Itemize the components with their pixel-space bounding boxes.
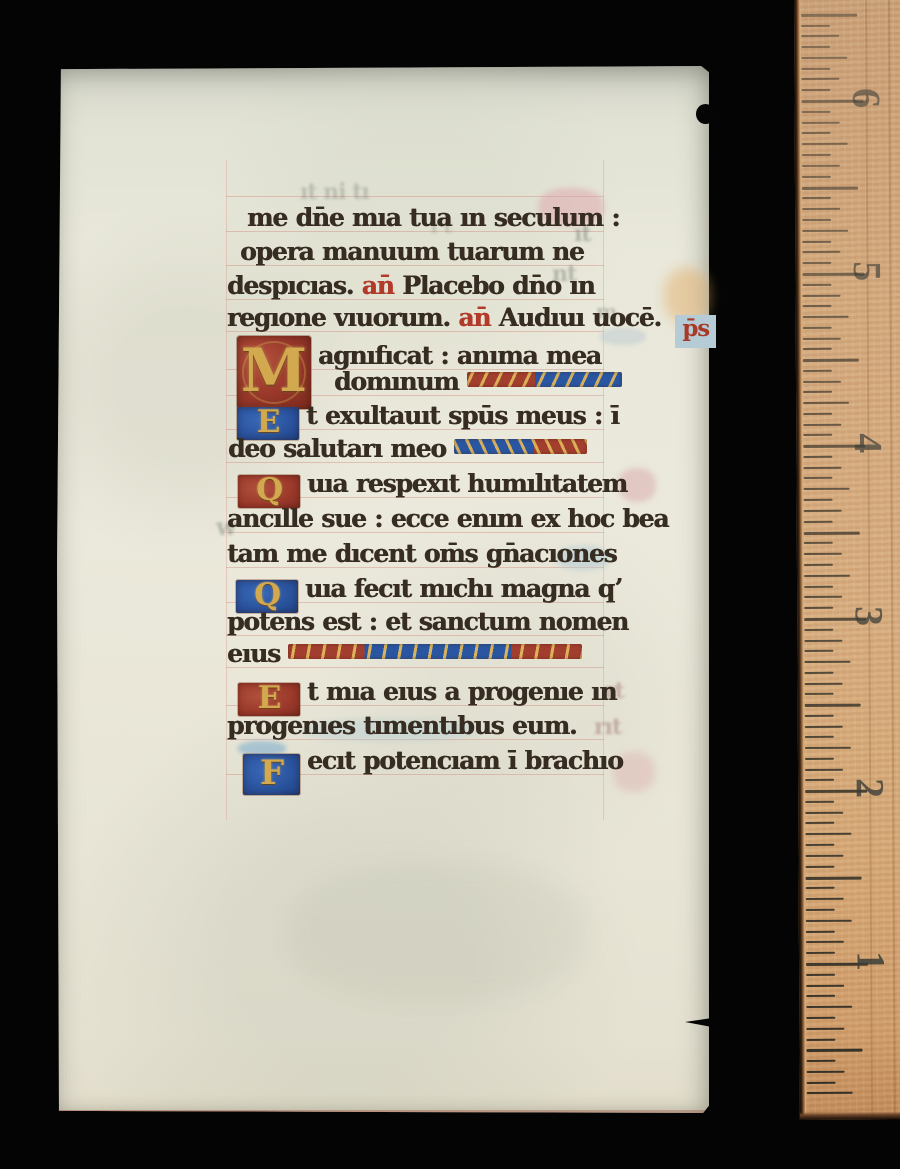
ruler-tick [805, 833, 851, 835]
ruler-tick [803, 337, 841, 339]
ruler-tick [806, 930, 835, 932]
ruler-tick [805, 747, 851, 749]
ruler-tick [806, 1006, 852, 1008]
ruler-tick [803, 327, 832, 329]
manuscript-line: domınum [334, 367, 622, 397]
ruler-tick [806, 865, 835, 867]
line-filler [288, 644, 582, 659]
ruler-tick [805, 672, 834, 674]
ruler-inch-number: 3 [846, 596, 893, 636]
wooden-ruler: 654321 [794, 0, 900, 1120]
ruler-tick [805, 822, 834, 824]
ruler-tick [805, 725, 843, 727]
ruler-tick [806, 984, 844, 986]
manuscript-line: tam me dıcent om̄s gn̄acıones [227, 539, 616, 569]
rubric-text: an̄ [362, 271, 402, 300]
ruler-tick [806, 1049, 862, 1052]
ruler-inch-number: 5 [844, 251, 891, 291]
ruler-tick [802, 240, 831, 242]
line-filler [454, 439, 587, 454]
ruler-tick [803, 391, 832, 393]
ruler-tick [804, 661, 850, 663]
ruler-tick [803, 380, 841, 382]
ruler-tick [803, 370, 832, 372]
illuminated-initial-f: F [243, 754, 300, 795]
manuscript-line: Et exultauıt spūs meus : ī [237, 401, 619, 431]
ruler-tick [806, 876, 862, 879]
ruler-tick [801, 78, 839, 80]
ruler-tick [806, 1027, 844, 1029]
latin-text: ecıt potencıam ī brachıo [307, 746, 623, 775]
ruler-tick [804, 629, 833, 631]
ruler-tick [805, 844, 834, 846]
ruler-tick [802, 165, 840, 167]
ruler-tick [804, 564, 833, 566]
ruler-tick [803, 466, 841, 468]
ruler-tick [802, 219, 831, 221]
ruler-tick [802, 251, 840, 253]
ruler-tick [803, 305, 832, 307]
ruler-tick [806, 941, 844, 943]
ruler-tick [807, 1071, 845, 1073]
ruler-tick [804, 510, 842, 512]
latin-text: tam me dıcent om̄s gn̄acıones [227, 539, 616, 568]
illuminated-initial-m: M [237, 336, 311, 409]
ruler-tick [806, 898, 844, 900]
ruler-tick [804, 607, 833, 609]
ruler-tick [805, 855, 843, 857]
ruler-tick [804, 542, 833, 544]
ruler-tick [804, 650, 833, 652]
latin-text: t exultauıt spūs meus : ī [306, 401, 619, 430]
ruler-tick [803, 413, 832, 415]
ruler-inch-number: 1 [847, 941, 894, 981]
manuscript-line: me dn̄e mıa tua ın seculum : [247, 203, 619, 233]
ruler-inch-number: 2 [847, 768, 894, 808]
manuscript-line: eıus [227, 639, 582, 669]
manuscript-line: ancılle sue : ecce enım ex hoc bea [227, 504, 668, 534]
ruler-tick [802, 230, 848, 232]
ruler-tick [806, 1038, 835, 1040]
manuscript-line: Et mıa eıus a progenıe ın [238, 677, 616, 707]
manuscript-line: regıone vıuorum. an̄ Audıuı uocē. p̄s [227, 303, 716, 333]
ruler-tick [802, 132, 831, 134]
ruler-tick [803, 348, 832, 350]
ruler-tick [806, 1017, 835, 1019]
ruler-tick [804, 488, 850, 490]
ruler-tick [802, 186, 858, 189]
ruler-tick [807, 1092, 853, 1094]
latin-text: ancılle sue : ecce enım ex hoc bea [227, 504, 668, 533]
ruler-tick [802, 143, 848, 145]
rubric-psalm-mark: p̄s [675, 315, 716, 348]
ruler-tick [805, 801, 834, 803]
rubric-text: an̄ [458, 303, 498, 332]
latin-text: Audıuı uocē. [499, 303, 670, 332]
ruler-tick [801, 89, 830, 91]
ruler-tick [804, 553, 842, 555]
ruler-tick [806, 952, 835, 954]
latin-text: me dn̄e mıa tua ın seculum : [247, 203, 619, 232]
ruler-tick [801, 46, 830, 48]
ruler-tick [805, 736, 834, 738]
ruler-tick [803, 294, 841, 296]
ruler-tick [803, 359, 859, 362]
latin-text: potens est : et sanctum nomen [227, 607, 628, 636]
ruler-tick [805, 693, 834, 695]
latin-text: progenıes tımentıbus eum. [227, 711, 576, 740]
ruler-tick [803, 402, 849, 404]
ruler-tick [807, 1060, 836, 1062]
ruler-tick [805, 682, 843, 684]
latin-text: despıcıas. [227, 271, 362, 300]
ruler-tick [801, 57, 847, 59]
manuscript-line: opera manuum tuarum ne [240, 237, 584, 267]
ruler-tick [804, 639, 842, 641]
leaf-edge-notch [696, 104, 715, 124]
latin-text: agnıfıcat : anıma mea [318, 341, 601, 370]
ruler-tick [802, 284, 831, 286]
ruler-tick [804, 499, 833, 501]
ruler-tick [804, 575, 850, 577]
ruler-tick [802, 197, 831, 199]
ruler-tick [803, 456, 832, 458]
ruler-tick [801, 67, 830, 69]
ruler-tick [801, 24, 830, 26]
ruler-tick [805, 704, 861, 707]
ruler-tick [806, 909, 835, 911]
manuscript-line: progenıes tımentıbus eum. [227, 711, 576, 741]
ruler-tick [802, 111, 831, 113]
ruler-tick [806, 995, 835, 997]
ruler-tick [804, 520, 833, 522]
line-filler [467, 372, 622, 387]
ruler-tick [802, 208, 840, 210]
ghost-text: rıt [594, 714, 621, 740]
ruler-tick [803, 477, 832, 479]
ruler-tick [804, 596, 842, 598]
ruler-tick [802, 175, 831, 177]
photo-scene: ıt ni tıı tıtntmwrtrıt M me dn̄e mıa tua… [0, 0, 900, 1169]
latin-text: domınum [334, 367, 459, 396]
ruler-tick [802, 262, 831, 264]
ruler-tick [804, 531, 860, 534]
ruler-tick [806, 974, 835, 976]
ruler-tick [804, 585, 833, 587]
ruler-tick [803, 434, 832, 436]
ruler-tick [802, 154, 831, 156]
latin-text: Placebo dn̄o ın [402, 271, 594, 300]
ruler-tick [803, 423, 841, 425]
ruler-tick [806, 920, 852, 922]
ruler-tick [801, 13, 857, 16]
ruler-inch-number: 6 [843, 78, 890, 118]
ruler-tick [805, 715, 834, 717]
latin-text: uıa respexıt humılıtatem [307, 469, 627, 498]
ruler-tick [805, 768, 843, 770]
latin-text: opera manuum tuarum ne [240, 237, 584, 266]
manuscript-line: despıcıas. an̄ Placebo dn̄o ın [227, 271, 595, 301]
ruler-tick [805, 811, 843, 813]
ruler-tick [802, 121, 840, 123]
latin-text: t mıa eıus a progenıe ın [307, 677, 616, 706]
latin-text: uıa fecıt mıchı magna qʼ [305, 574, 621, 603]
ruler-tick [805, 779, 834, 781]
ruler-tick [803, 316, 849, 318]
latin-text: regıone vıuorum. [227, 303, 458, 332]
manuscript-line: Quıa respexıt humılıtatem [238, 469, 627, 499]
ruler-tick [807, 1081, 836, 1083]
manuscript-line: Fecıt potencıam ī brachıo [243, 746, 623, 776]
ruler-inch-number: 4 [845, 423, 892, 463]
manuscript-line: potens est : et sanctum nomen [227, 607, 628, 637]
latin-text: eıus [227, 639, 280, 668]
ruler-tick [806, 887, 835, 889]
latin-text: deo salutarı meo [228, 434, 446, 463]
paint-smudge [286, 862, 586, 1002]
ruler-tick [805, 758, 834, 760]
ruler-tick [801, 35, 839, 37]
manuscript-line: deo salutarı meo [228, 434, 587, 464]
ghost-text: ıt ni tı [300, 179, 369, 205]
manuscript-line: Quıa fecıt mıchı magna qʼ [236, 574, 621, 604]
